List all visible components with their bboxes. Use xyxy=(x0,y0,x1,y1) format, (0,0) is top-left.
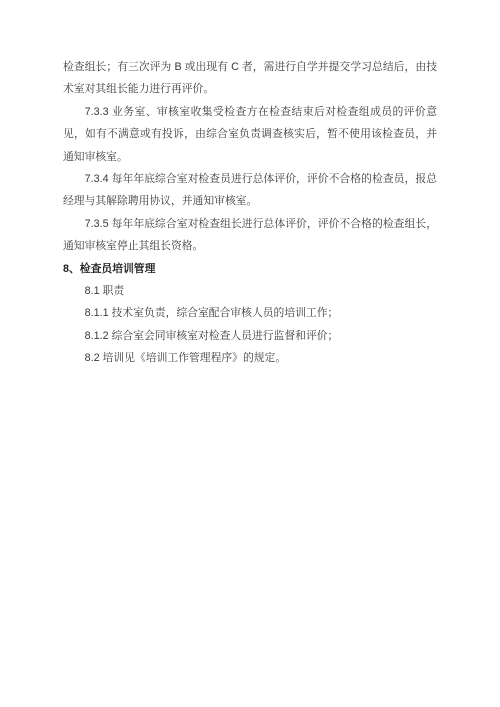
paragraph-clause-7-3-5: 7.3.5 每年年底综合室对检查组长进行总体评价，评价不合格的检查组长，通知审核… xyxy=(63,213,437,258)
paragraph-clause-8-1: 8.1 职责 xyxy=(63,280,437,302)
document-page: 检查组长；有三次评为 B 或出现有 C 者，需进行自学并提交学习总结后，由技术室… xyxy=(0,0,500,707)
paragraph-clause-7-3-3: 7.3.3 业务室、审核室收集受检查方在检查结束后对检查组成员的评价意见，如有不… xyxy=(63,101,437,168)
paragraph-clause-8-1-2: 8.1.2 综合室会同审核室对检查人员进行监督和评价； xyxy=(63,325,437,347)
paragraph-clause-8-1-1: 8.1.1 技术室负责，综合室配合审核人员的培训工作； xyxy=(63,302,437,324)
paragraph-clause-7-3-2-continuation: 检查组长；有三次评为 B 或出现有 C 者，需进行自学并提交学习总结后，由技术室… xyxy=(63,56,437,101)
section-heading-inspector-training-management: 8、检查员培训管理 xyxy=(63,258,437,280)
paragraph-clause-7-3-4: 7.3.4 每年年底综合室对检查员进行总体评价，评价不合格的检查员，报总经理与其… xyxy=(63,168,437,213)
document-body: 检查组长；有三次评为 B 或出现有 C 者，需进行自学并提交学习总结后，由技术室… xyxy=(63,56,437,370)
paragraph-clause-8-2: 8.2 培训见《培训工作管理程序》的规定。 xyxy=(63,347,437,369)
